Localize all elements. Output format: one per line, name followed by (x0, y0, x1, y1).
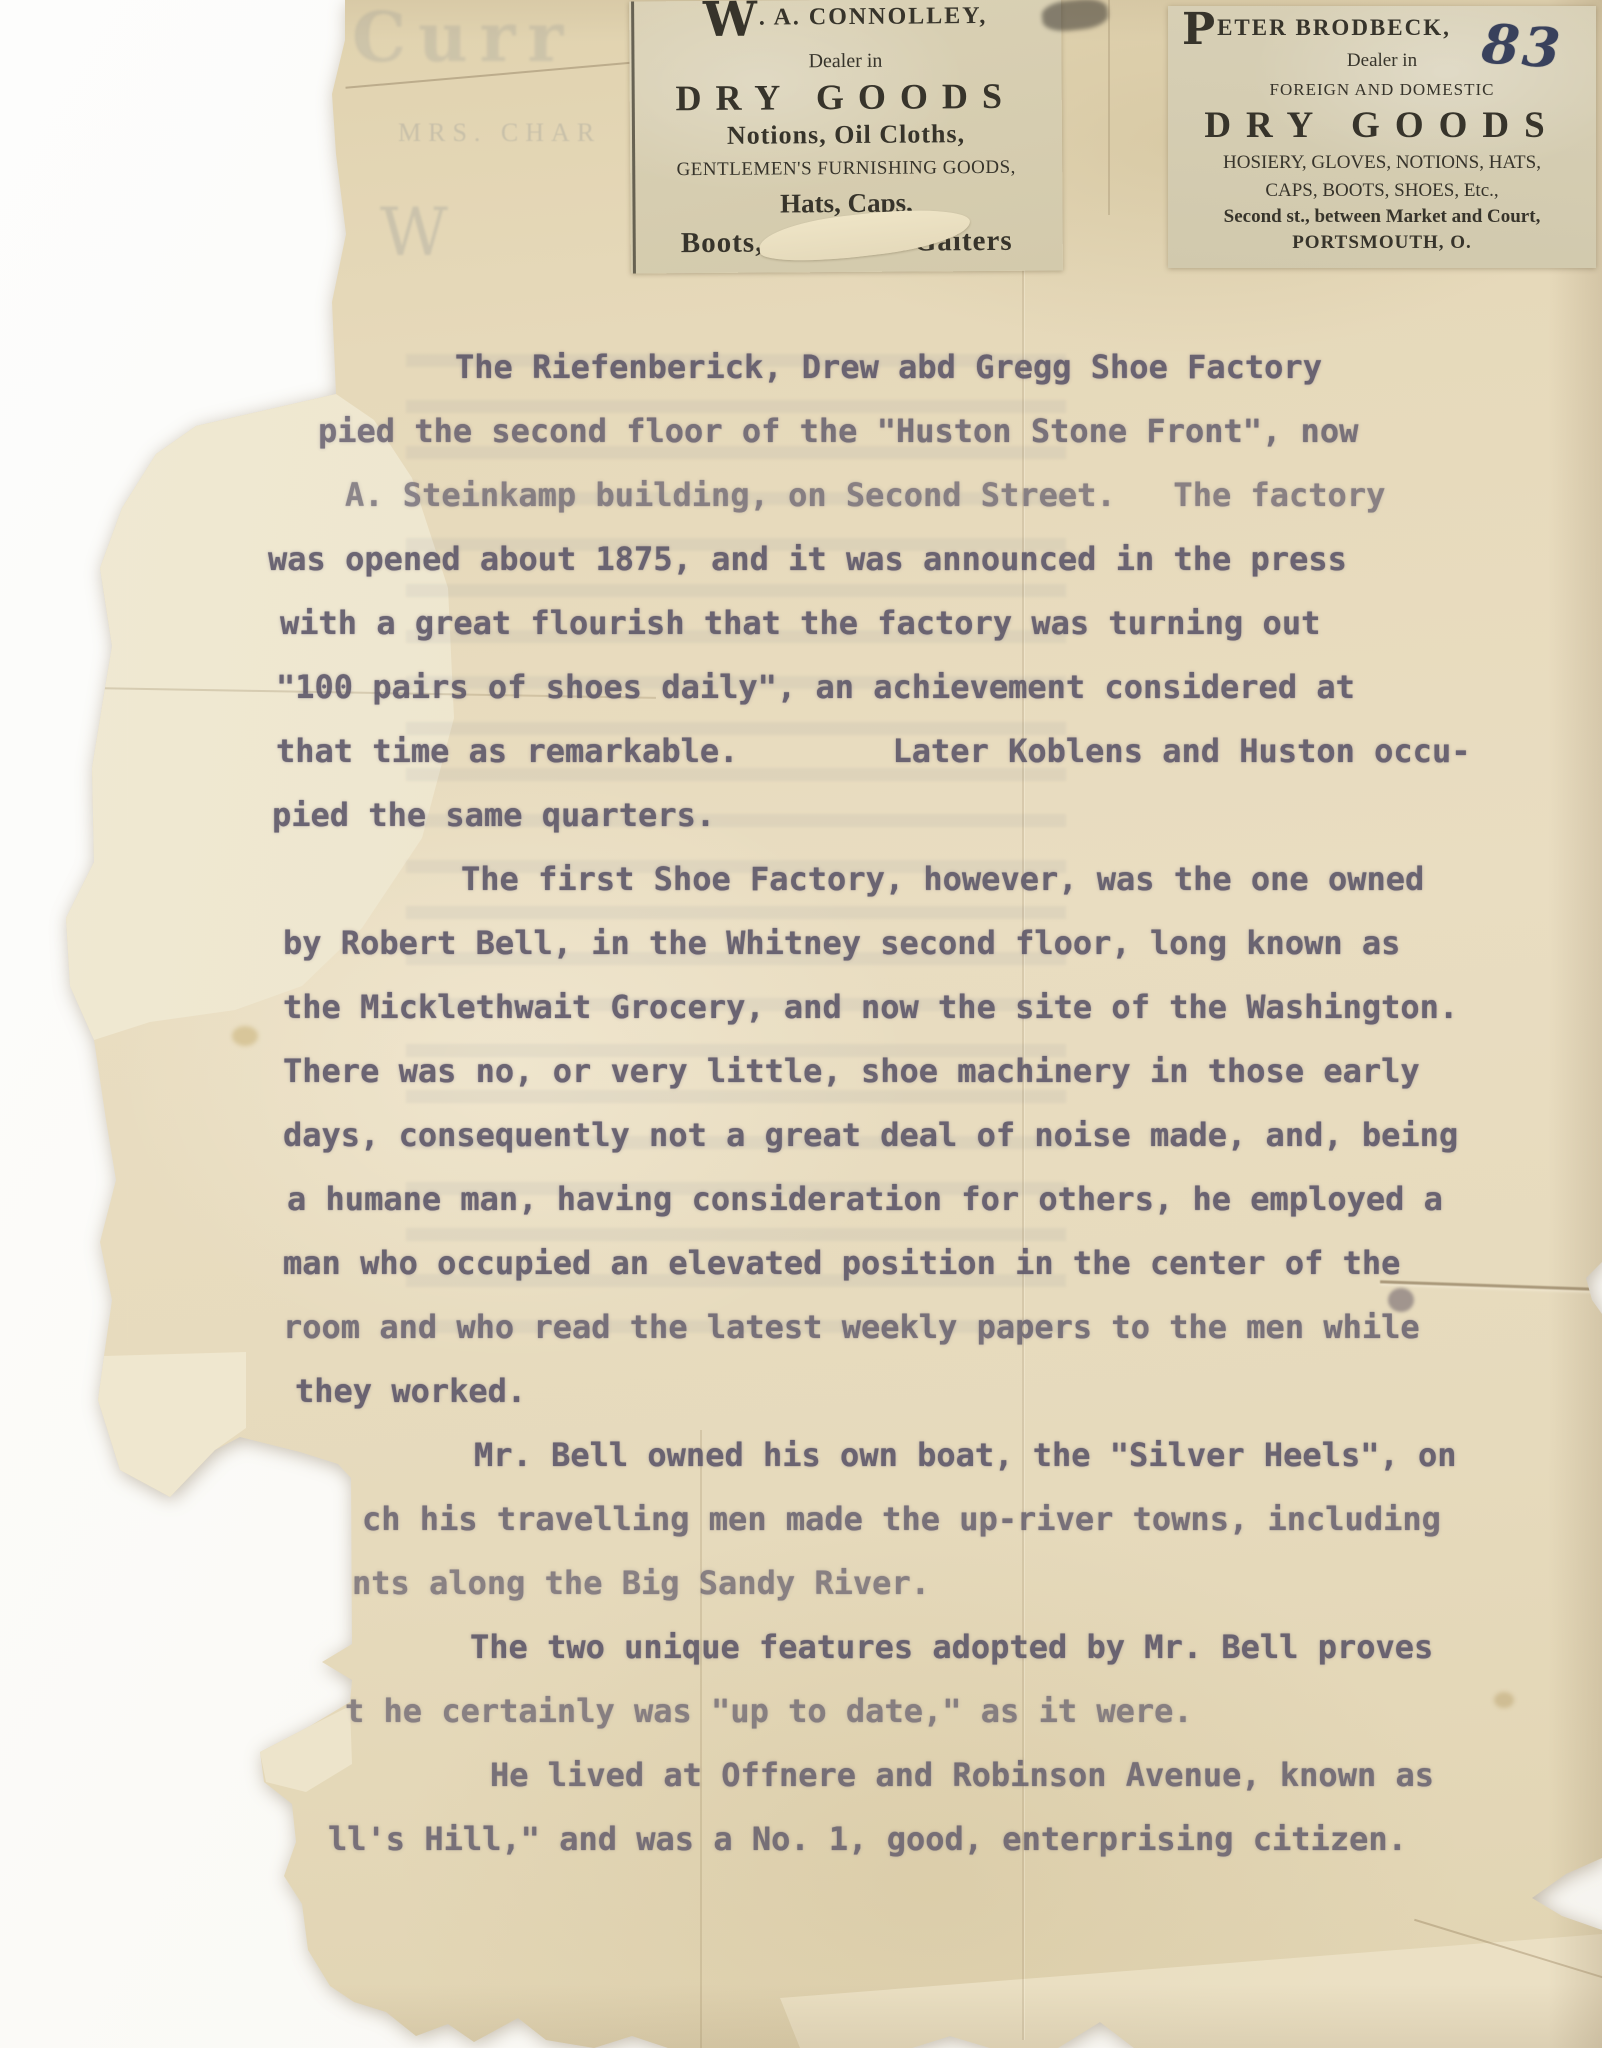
dealer-name: . A. CONNOLLEY, (759, 0, 988, 32)
page-number-handwritten: 83 (1480, 11, 1565, 81)
typed-line: room and who read the latest weekly pape… (283, 1308, 1420, 1346)
clipping-initial: P (1182, 12, 1217, 47)
typed-line: pied the same quarters. (272, 796, 715, 834)
city-line: PORTSMOUTH, O. (1168, 232, 1596, 254)
notions-line: Notions, Oil Cloths, (630, 118, 1062, 151)
typed-line: the Micklethwait Grocery, and now the si… (283, 988, 1458, 1026)
typed-line: "100 pairs of shoes daily", an achieveme… (276, 668, 1355, 706)
address-line: Second st., between Market and Court, (1168, 206, 1596, 228)
typed-line: A. Steinkamp building, on Second Street.… (345, 476, 1385, 514)
typed-line: was opened about 1875, and it was announ… (268, 540, 1347, 578)
clipping-initial: W (703, 1, 759, 40)
dry-goods-headline: DRY GOODS (630, 74, 1062, 119)
typed-line: days, consequently not a great deal of n… (283, 1116, 1458, 1154)
gents-goods-line: GENTLEMEN'S FURNISHING GOODS, (630, 156, 1062, 181)
dealer-in-label: Dealer in (629, 48, 1061, 74)
typed-line: pied the second floor of the "Huston Sto… (318, 412, 1358, 450)
typed-line: t he certainly was "up to date," as it w… (345, 1692, 1193, 1730)
typed-line: He lived at Offnere and Robinson Avenue,… (490, 1756, 1434, 1794)
typed-line: Mr. Bell owned his own boat, the "Silver… (474, 1436, 1457, 1474)
document-page: Curr MRS. CHAR W W. A. CONNOLLEY, Dealer… (0, 0, 1602, 2048)
typed-line: ch his travelling men made the up-river … (362, 1500, 1441, 1538)
typed-line: The two unique features adopted by Mr. B… (470, 1628, 1433, 1666)
typed-line: that time as remarkable. Later Koblens a… (276, 732, 1470, 770)
typed-line: they worked. (295, 1372, 526, 1410)
dealer-name: ETER BRODBECK, (1217, 12, 1451, 41)
hosiery-line: HOSIERY, GLOVES, NOTIONS, HATS, (1168, 152, 1596, 174)
typed-line: There was no, or very little, shoe machi… (283, 1052, 1420, 1090)
typed-line: nts along the Big Sandy River. (352, 1564, 930, 1602)
typed-line: a humane man, having consideration for o… (287, 1180, 1443, 1218)
scanner-background: Curr MRS. CHAR W W. A. CONNOLLEY, Dealer… (0, 0, 1602, 2048)
paper-shadow-wrapper: Curr MRS. CHAR W W. A. CONNOLLEY, Dealer… (0, 0, 1602, 2048)
typed-line: The Riefenberick, Drew abd Gregg Shoe Fa… (455, 348, 1322, 386)
clipping-connolley: W. A. CONNOLLEY, Dealer in DRY GOODS Not… (629, 0, 1063, 274)
typed-line: ll's Hill," and was a No. 1, good, enter… (328, 1820, 1407, 1858)
typed-line: The first Shoe Factory, however, was the… (461, 860, 1424, 898)
typed-line: man who occupied an elevated position in… (283, 1244, 1400, 1282)
dry-goods-headline: DRY GOODS (1168, 104, 1596, 147)
caps-boots-line: CAPS, BOOTS, SHOES, Etc., (1168, 180, 1596, 202)
typed-line: by Robert Bell, in the Whitney second fl… (283, 924, 1400, 962)
foreign-domestic-line: FOREIGN AND DOMESTIC (1168, 80, 1596, 100)
typed-line: with a great flourish that the factory w… (280, 604, 1320, 642)
